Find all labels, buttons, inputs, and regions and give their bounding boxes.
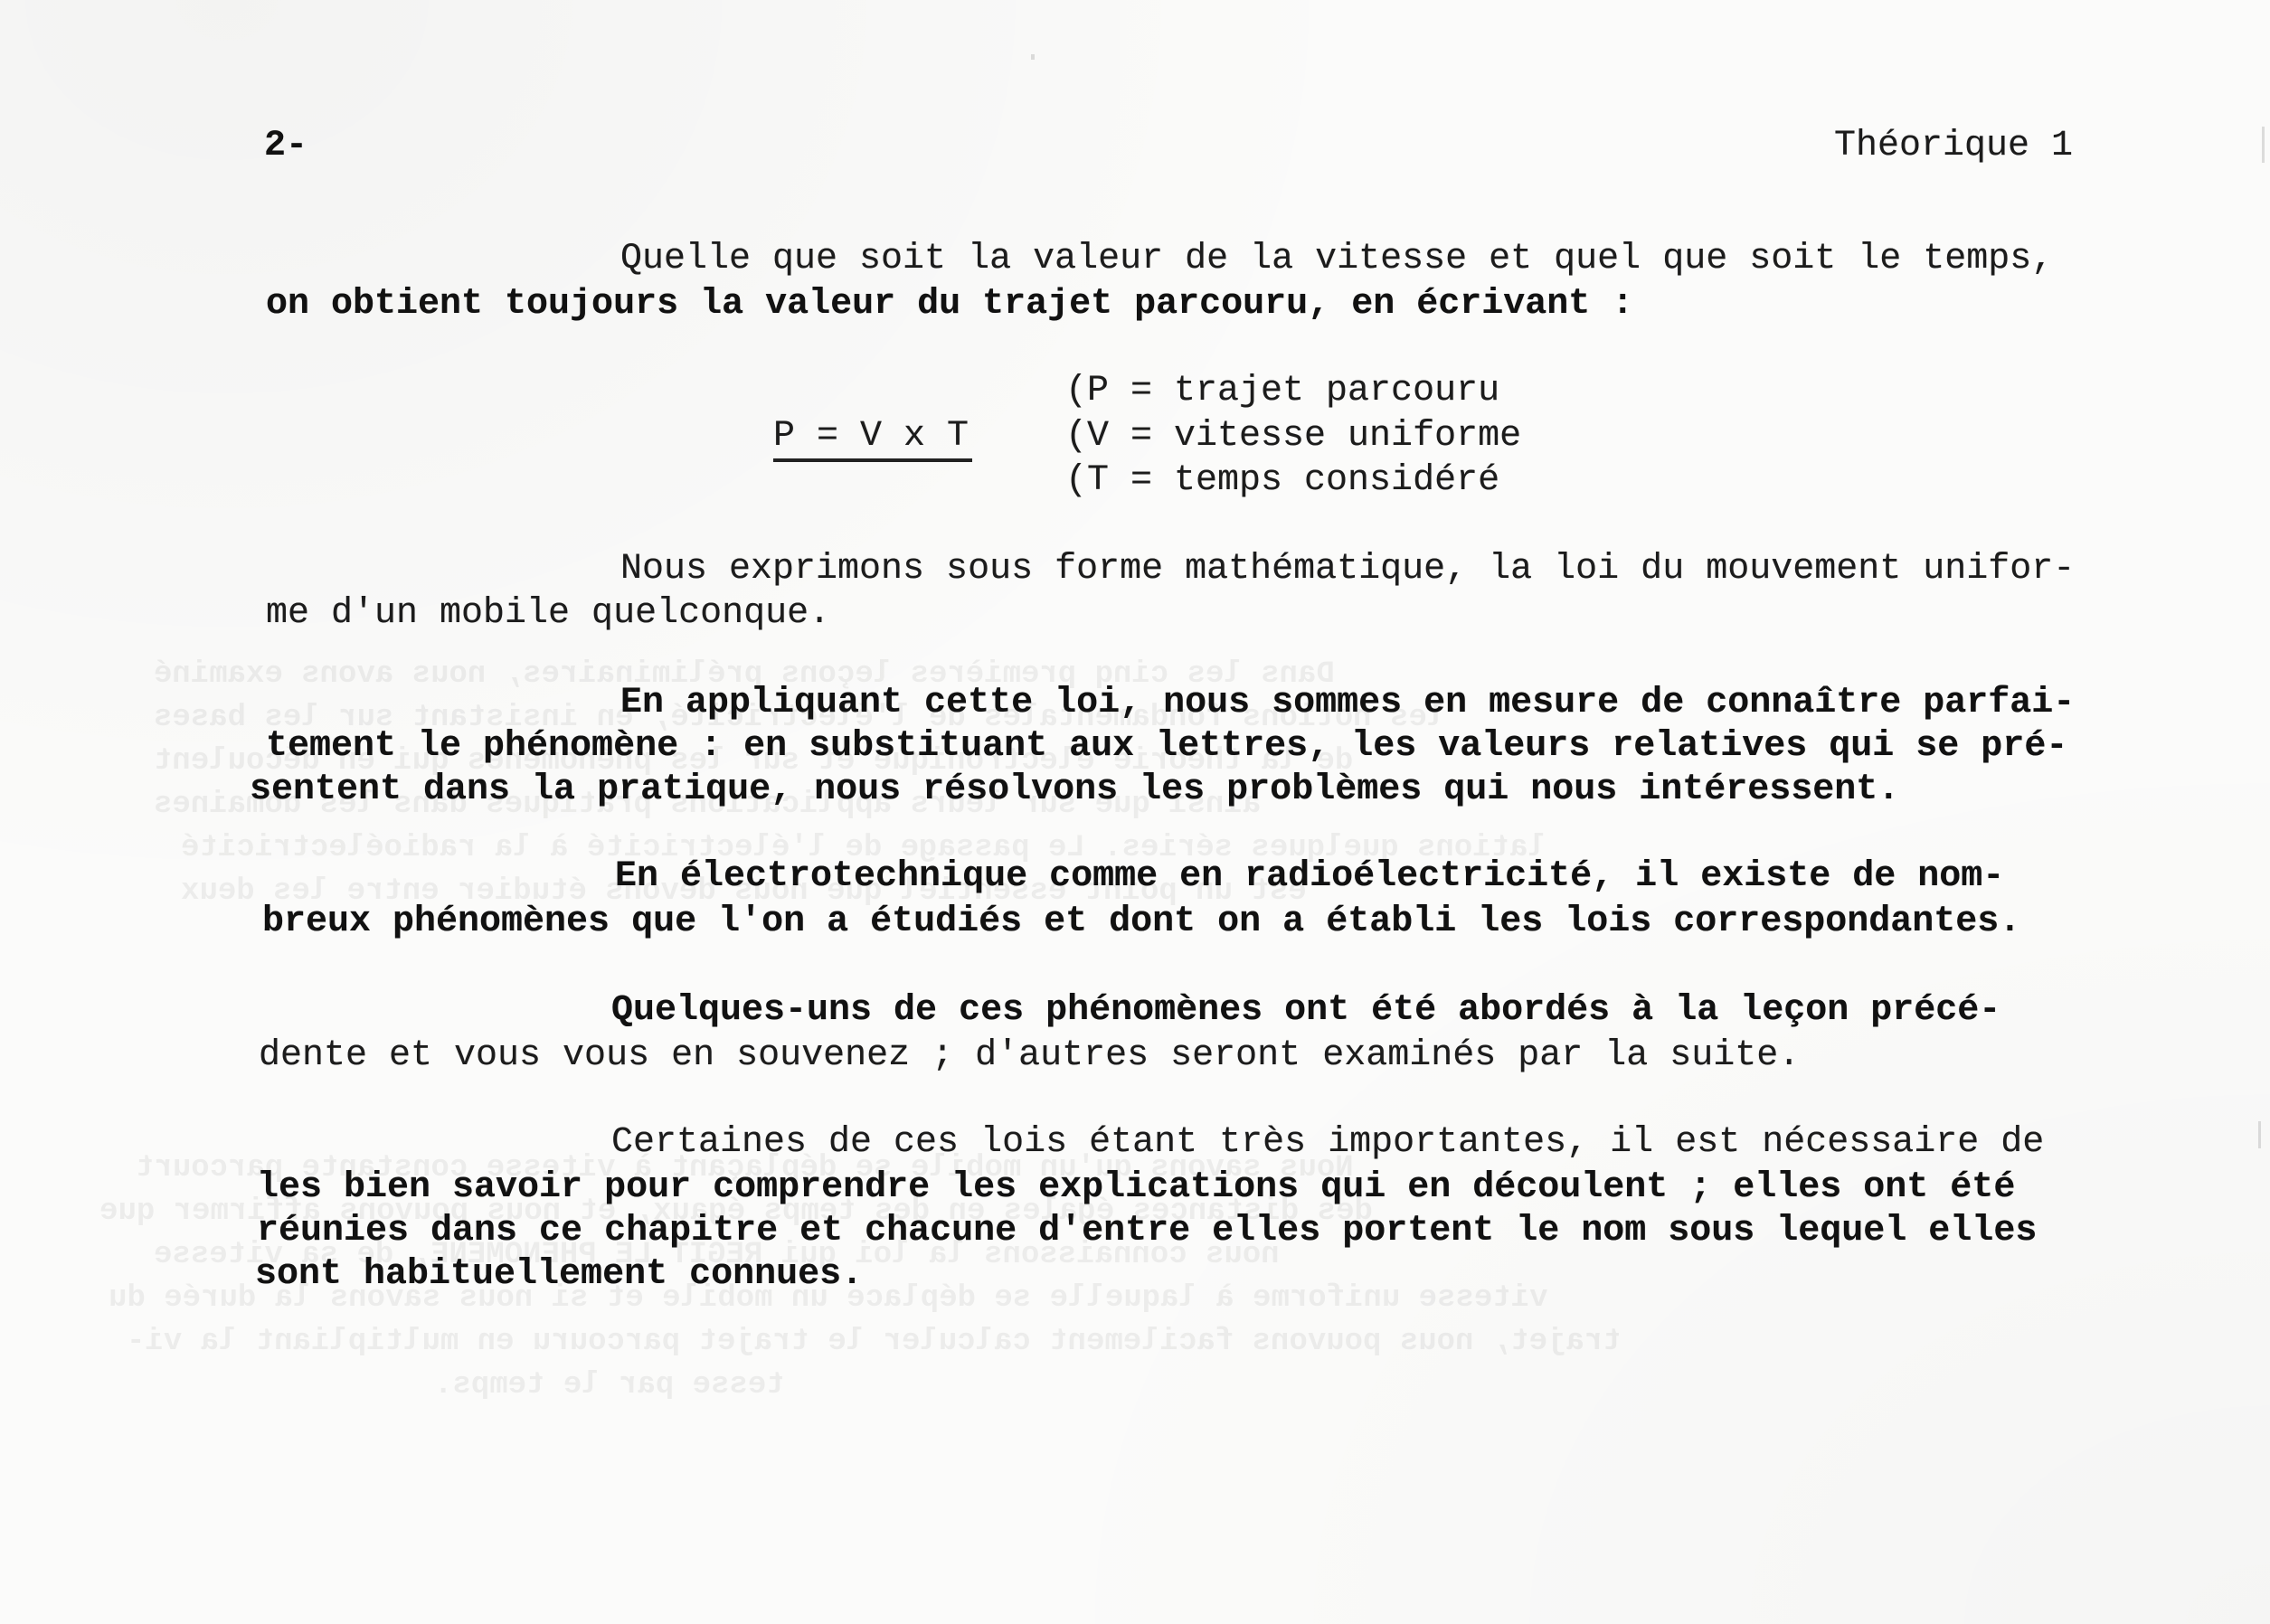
formula-legend-line: (V = vitesse uniforme	[1065, 415, 1521, 458]
section-title: Théorique 1	[1834, 125, 2073, 168]
paragraph-line: on obtient toujours la valeur du trajet …	[266, 283, 1633, 326]
paragraph-line: les bien savoir pour comprendre les expl…	[257, 1166, 2015, 1210]
paragraph-line: Nous exprimons sous forme mathématique, …	[620, 548, 2075, 591]
paragraph-line: dente et vous vous en souvenez ; d'autre…	[259, 1034, 1800, 1078]
scan-mark	[1031, 54, 1035, 60]
paragraph-line: En appliquant cette loi, nous sommes en …	[620, 682, 2075, 725]
show-through-texture: tesse par le temps.	[434, 1364, 785, 1407]
formula-equation: P = V x T	[773, 415, 969, 458]
scan-mark	[2258, 1121, 2261, 1148]
paragraph-line: sentent dans la pratique, nous résolvons…	[250, 769, 1899, 812]
paragraph-line: réunies dans ce chapitre et chacune d'en…	[257, 1210, 2037, 1253]
formula-legend-line: (T = temps considéré	[1065, 459, 1499, 503]
formula-legend-line: (P = trajet parcouru	[1065, 370, 1499, 413]
formula-underline	[773, 458, 972, 462]
page-number: 2-	[264, 125, 307, 168]
paragraph-line: En électrotechnique comme en radioélectr…	[615, 855, 2004, 899]
paragraph-line: sont habituellement connues.	[255, 1253, 863, 1297]
show-through-texture: trajet, nous pouvons facilement calculer…	[127, 1320, 1622, 1364]
document-page: Dans les cinq premières leçons prélimina…	[0, 0, 2270, 1624]
paragraph-line: Certaines de ces lois étant très importa…	[611, 1121, 2044, 1165]
paragraph-line: Quelques-uns de ces phénomènes ont été a…	[611, 989, 2000, 1033]
paragraph-line: Quelle que soit la valeur de la vitesse …	[620, 238, 2053, 281]
scan-mark	[2262, 127, 2265, 163]
paragraph-line: tement le phénomène : en substituant aux…	[266, 725, 2067, 769]
paragraph-line: me d'un mobile quelconque.	[266, 592, 830, 636]
paragraph-line: breux phénomènes que l'on a étudiés et d…	[262, 901, 2020, 944]
